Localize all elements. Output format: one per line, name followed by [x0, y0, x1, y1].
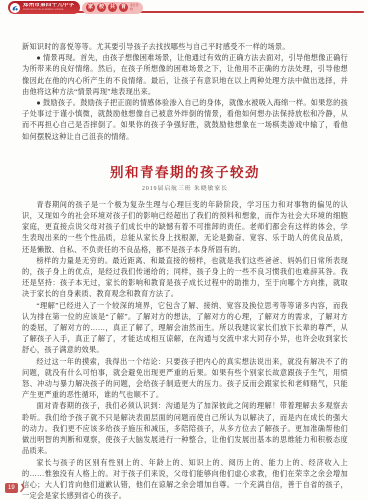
page-content: 新知识时的喜悦等等。尤其要引导孩子去找找哪些与自己平时感受不一样的场景。 ● 情…	[0, 16, 368, 500]
paragraph: 家长与孩子的区别有性别上的、年龄上的、知识上的、阅历上的、能力上的、经济收入上的…	[22, 458, 348, 500]
school-logo-icon	[10, 3, 20, 13]
page-number-badge: 19	[5, 483, 18, 493]
paragraph: 新知识时的喜悦等等。尤其要引导孩子去找找哪些与自己平时感受不一样的场景。	[22, 42, 348, 53]
page-flourish-icon: ❯	[18, 484, 26, 492]
page-footer: 19 ❯	[5, 483, 25, 493]
paragraph: “理解”已经进入了一个较深的境界，它包含了解、接纳、宽容及换位思考等等诸多内容，…	[22, 301, 348, 357]
page-header: 郑州市第四十九中学 ZHENGZHOU NO.49 MIDDLE SCHOOL …	[0, 0, 368, 16]
paragraph: 面对青春期的孩子，我们必须认识到：沟通是为了加深彼此之间的理解！带着理解去多观察…	[22, 401, 348, 457]
paragraph: 榜样的力量是无穷的。最近距离、和最直接的榜样，也就是我们这些爸爸、妈妈们日常所表…	[22, 256, 348, 301]
badge-circle-3: 共	[108, 3, 117, 12]
article-title: 别和青春期的孩子较劲	[22, 165, 348, 181]
article-byline: 2019届启航三班 朱晓敏家长	[22, 185, 348, 193]
bullet-paragraph: ● 情景再现。首先，由孩子想像困难场景，让他通过有效的正确方法去面对，引导他想像…	[22, 53, 348, 98]
continuation-text: 新知识时的喜悦等等。尤其要引导孩子去找找哪些与自己平时感受不一样的场景。 ● 情…	[22, 42, 348, 143]
badge-circle-2: 校	[97, 3, 106, 12]
badge-circle-1: 家	[86, 3, 95, 12]
school-banner: 郑州市第四十九中学 ZHENGZHOU NO.49 MIDDLE SCHOOL	[8, 1, 80, 14]
document-page: 郑州市第四十九中学 ZHENGZHOU NO.49 MIDDLE SCHOOL …	[0, 0, 368, 500]
bullet-paragraph: ● 鼓励孩子。鼓励孩子把正面的情感体验渗入自己的身体，就像水被吸入海绵一样。如果…	[22, 98, 348, 143]
masthead-badges: 家 校 共 育 家长学校	[82, 2, 143, 14]
article-body: 青春期间的孩子是一个极为复杂生理与心理巨变的年龄阶段，学习压力和对事物的偏见的认…	[22, 200, 348, 500]
paragraph: 青春期间的孩子是一个极为复杂生理与心理巨变的年龄阶段，学习压力和对事物的偏见的认…	[22, 200, 348, 256]
badge-circle-4: 育	[119, 3, 128, 12]
school-pinyin: ZHENGZHOU NO.49 MIDDLE SCHOOL	[23, 9, 69, 11]
paragraph: 经过这一年的摸索，我得出一个结论：只要孩子把内心的真实想法说出来，就没有解决不了…	[22, 357, 348, 402]
badge-caption: 家长学校	[130, 4, 139, 10]
